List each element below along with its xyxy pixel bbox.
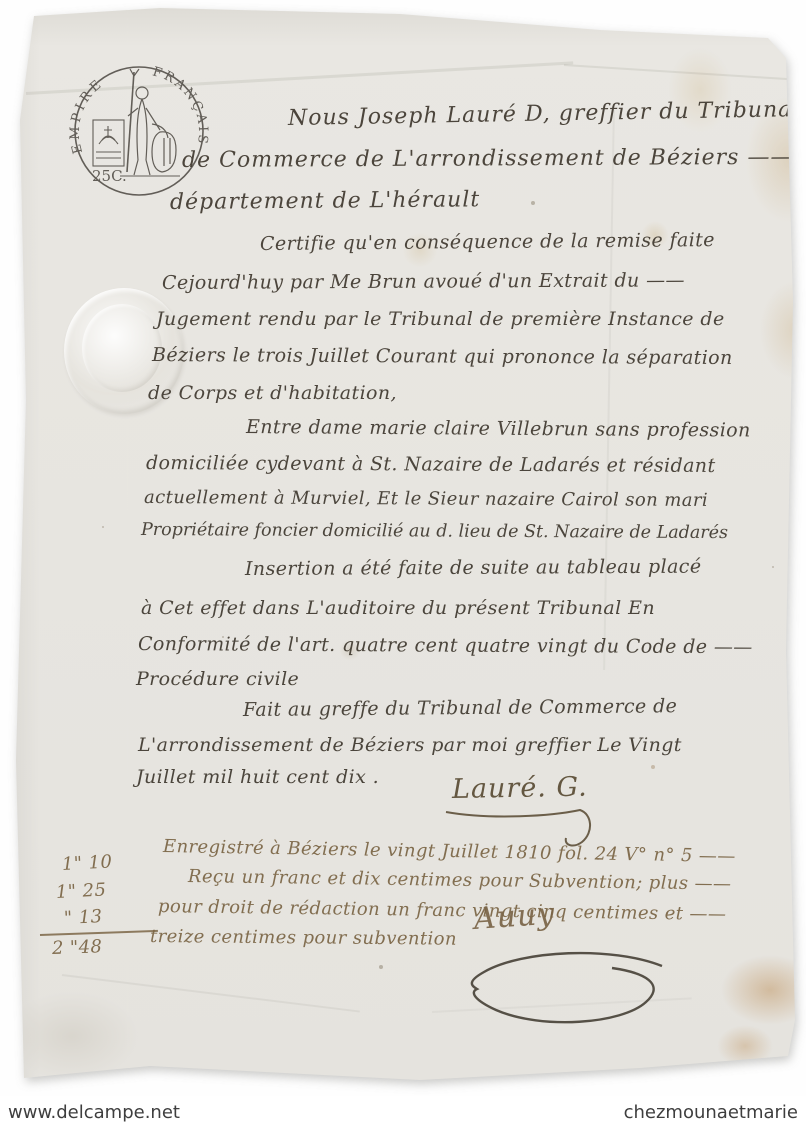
stamp-text-francais: FRANÇAIS [151, 64, 210, 146]
manuscript-line: Entre dame marie claire Villebrun sans p… [246, 416, 751, 442]
manuscript-line: Insertion a été faite de suite au tablea… [245, 556, 702, 580]
manuscript-line: de Commerce de L'arrondissement de Bézie… [182, 145, 794, 173]
fold-crease [62, 974, 360, 1013]
manuscript-line: Juillet mil huit cent dix . [136, 766, 379, 788]
manuscript-line: Béziers le trois Juillet Courant qui pro… [152, 344, 733, 369]
paper-shadow-wrap: EMPIRE FRANÇAIS 25C. [0, 0, 806, 1100]
fold-crease [26, 61, 573, 95]
watermark-right: chezmounaetmarie [624, 1102, 798, 1123]
manuscript-line: Cejourd'huy par Me Brun avoué d'un Extra… [162, 269, 685, 294]
fold-crease [603, 110, 615, 670]
stamp-denomination: 25C. [92, 167, 127, 185]
manuscript-line: département de L'hérault [170, 187, 480, 215]
paper: EMPIRE FRANÇAIS 25C. [12, 6, 804, 1092]
manuscript-line: Procédure civile [136, 668, 299, 690]
stamp-text-empire: EMPIRE [68, 76, 107, 156]
ink-specks [12, 6, 14, 8]
manuscript-line: de Corps et d'habitation, [148, 382, 397, 404]
manuscript-line: Propriétaire foncier domicilié au d. lie… [141, 520, 728, 543]
registration-line: Reçu un franc et dix centimes pour Subve… [188, 866, 732, 895]
registration-line: treize centimes pour subvention [150, 926, 457, 950]
margin-figure: " 13 [63, 906, 103, 929]
signature-registrar: Auuy [473, 896, 557, 937]
svg-text:FRANÇAIS: FRANÇAIS [151, 64, 210, 146]
stamp-circle [75, 67, 203, 195]
watermark-bar: www.delcampe.net chezmounaetmarie [0, 1096, 806, 1132]
svg-text:EMPIRE: EMPIRE [68, 76, 107, 156]
eagle-tablet-icon [93, 120, 124, 166]
margin-figure: 2 "48 [52, 936, 103, 959]
flourish-oval [462, 944, 672, 1039]
manuscript-line: domiciliée cydevant à St. Nazaire de Lad… [146, 452, 716, 477]
manuscript-line: Jugement rendu par le Tribunal de premiè… [156, 308, 725, 330]
manuscript-line: Certifie qu'en conséquence de la remise … [260, 229, 715, 255]
document-photo: EMPIRE FRANÇAIS 25C. [0, 0, 806, 1132]
allegory-figure-icon [120, 69, 180, 176]
watermark-left: www.delcampe.net [8, 1102, 180, 1123]
margin-figure: 1" 25 [55, 879, 106, 903]
fold-crease [564, 64, 794, 80]
manuscript-line: L'arrondissement de Béziers par moi gref… [138, 734, 682, 756]
revenue-stamp: EMPIRE FRANÇAIS 25C. [68, 60, 210, 202]
signature-greffier: Lauré. G. [452, 772, 588, 805]
manuscript-line: Fait au greffe du Tribunal de Commerce d… [243, 695, 677, 721]
manuscript-line: Nous Joseph Lauré D, greffier du Tribuna… [288, 97, 801, 131]
manuscript-line: à Cet effet dans L'auditoire du présent … [141, 597, 655, 619]
registration-line: Enregistré à Béziers le vingt Juillet 18… [163, 836, 736, 867]
margin-figure: 1" 10 [61, 851, 112, 875]
registration-line: pour droit de rédaction un franc vingt c… [158, 896, 727, 925]
margin-total-rule [40, 930, 158, 936]
manuscript-line: actuellement à Murviel, Et le Sieur naza… [144, 487, 708, 511]
fold-crease [432, 997, 692, 1013]
manuscript-line: Conformité de l'art. quatre cent quatre … [138, 633, 753, 658]
